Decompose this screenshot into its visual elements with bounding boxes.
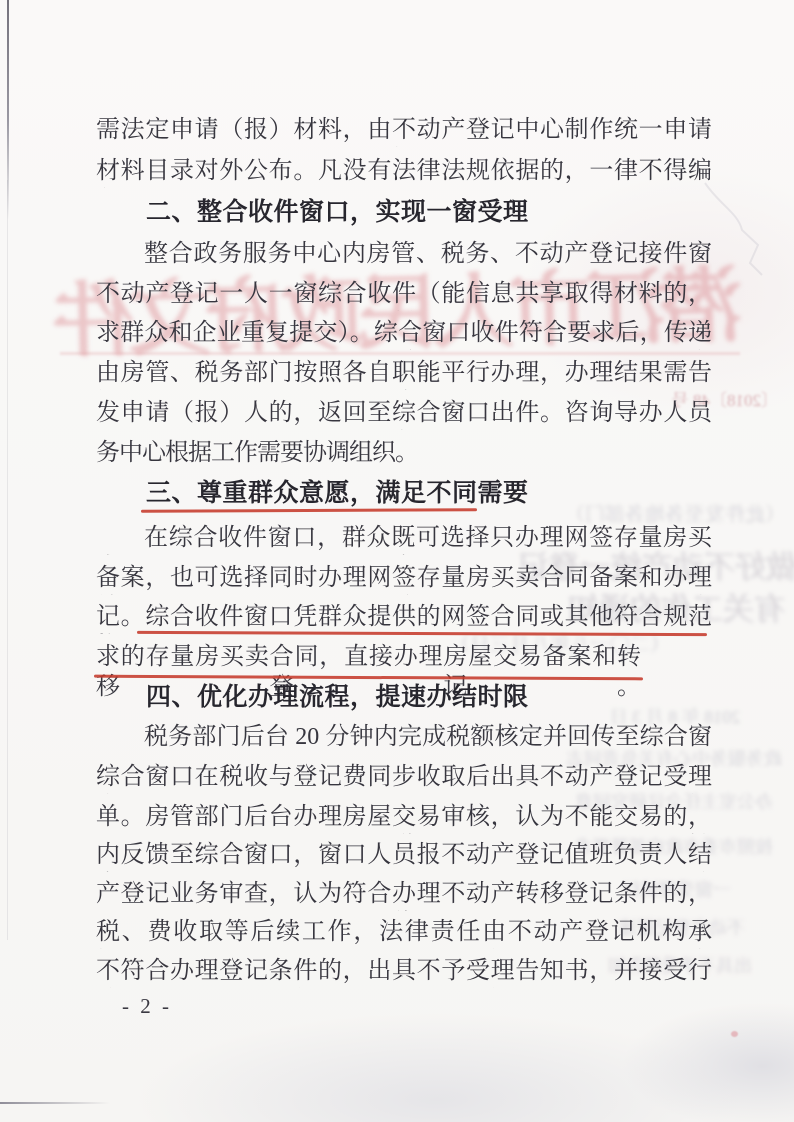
pink-speck — [731, 1031, 738, 1037]
paper-crease-mark — [700, 175, 790, 295]
document-line: 综合窗口在税收与登记费同步收取后出具不动产登记受理告知 — [96, 762, 712, 794]
document-line: 税、费收取等后续工作，法律责任由不动产登记机构承担；认为 — [96, 917, 712, 949]
document-line: 整合政务服务中心内房管、税务、不动产登记接件窗口，由 — [96, 239, 712, 271]
bleed-through-red-rule — [60, 352, 740, 355]
document-line: 内反馈至综合窗口，窗口人员报不动产登记值班负责人结合不动 — [96, 840, 712, 872]
document-line: 单。房管部门后台办理房屋交易审核，认为不能交易的，15 分钟 — [96, 802, 712, 834]
scanned-document-page: 潜江市人民政府文件 〔2018〕48 号 （此件发至各地各部门）做好不动产统一登… — [0, 0, 794, 1122]
page-number: - 2 - — [122, 994, 172, 1019]
document-line: 不符合办理登记条件的，出具不予受理告知书，并接受行政复议、 — [96, 956, 712, 988]
section-heading: 三、尊重群众意愿，满足不同需要 — [96, 478, 712, 510]
section-heading: 二、整合收件窗口，实现一窗受理 — [96, 197, 712, 229]
scan-edge-bottom — [0, 1102, 110, 1104]
section-heading: 四、优化办理流程，提速办结时限 — [96, 682, 712, 714]
document-line: 产登记业务审查，认为符合办理不动产转移登记条件的，不停止 — [96, 879, 712, 911]
document-line: 材料目录对外公布。凡没有法律法规依据的，一律不得编入目录。 — [96, 156, 712, 188]
scan-edge-left-faint — [7, 180, 8, 940]
document-line: 务中心根据工作需要协调组织。 — [96, 438, 712, 470]
document-line: 记。综合收件窗口凭群众提供的网签合同或其他符合规范格式要 — [96, 602, 712, 634]
red-underline-heading-3 — [141, 508, 477, 512]
document-line: 由房管、税务部门按照各自职能平行办理，办理结果需告知或颁 — [96, 358, 712, 390]
document-line: 税务部门后台 20 分钟内完成税额核定并回传至综合窗口，由 — [96, 722, 712, 754]
document-line: 求群众和企业重复提交）。综合窗口收件符合要求后，传递至后台 — [96, 318, 712, 350]
document-line: 备案，也可选择同时办理网签存量房买卖合同备案和办理转移登 — [96, 563, 712, 595]
document-line: 需法定申请（报）材料，由不动产登记中心制作统一申请（报） — [96, 115, 712, 147]
document-line: 求的存量房买卖合同，直接办理房屋交易备案和转移登记。 — [96, 642, 641, 674]
document-line: 不动产登记一人一窗综合收件（能信息共享取得材料的，不得要 — [96, 279, 712, 311]
document-line: 发申请（报）人的，返回至综合窗口出件。咨询导办人员由市政 — [96, 398, 712, 430]
document-line: 在综合收件窗口，群众既可选择只办理网签存量房买卖合同 — [96, 523, 712, 555]
